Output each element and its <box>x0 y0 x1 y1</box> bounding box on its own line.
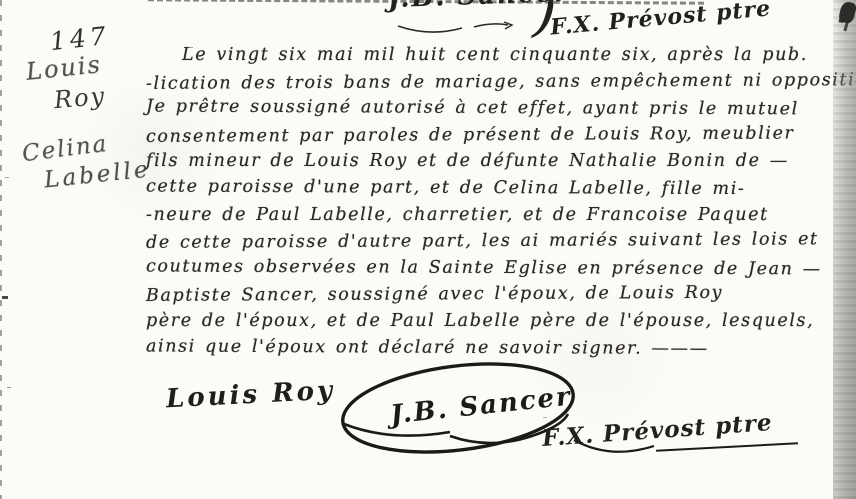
marriage-record-scan: J.B. Sancer ) F.X. Prévost ptre 147 Loui… <box>0 0 856 499</box>
paper-specks <box>2 296 8 299</box>
scan-edge-line <box>0 0 2 499</box>
margin-groom-name-line2: Roy <box>53 82 107 114</box>
body-line: -neure de Paul Labelle, charretier, et d… <box>146 202 852 229</box>
previous-priest-signature: F.X. Prévost ptre <box>549 0 772 41</box>
body-line: cette paroisse d'une part, et de Celina … <box>146 173 852 203</box>
body-line: Le vingt six mai mil huit cent cinquante… <box>146 42 852 69</box>
body-line: fils mineur de Louis Roy et de défunte N… <box>146 148 852 175</box>
body-line: Baptiste Sancer, soussigné avec l'époux,… <box>146 279 852 309</box>
entry-number: 147 <box>49 21 111 56</box>
body-line: Je prêtre soussigné autorisé à cet effet… <box>146 94 852 124</box>
body-line: père de l'époux, et de Paul Labelle père… <box>146 308 852 335</box>
margin-groom-name-line1: Louis <box>25 50 103 86</box>
signature-flourish-curve <box>396 10 541 38</box>
body-line: de cette paroisse d'autre part, les ai m… <box>146 226 852 256</box>
page-gutter-shadow <box>833 0 856 499</box>
body-line: coutumes observées en la Sainte Eglise e… <box>146 253 852 283</box>
record-body: Le vingt six mai mil huit cent cinquante… <box>146 42 852 361</box>
groom-signature: Louis Roy <box>165 376 335 415</box>
priest-signature-underline <box>656 442 798 451</box>
body-line: -lication des trois bans de mariage, san… <box>146 67 852 97</box>
body-line: consentement par paroles de présent de L… <box>146 120 852 150</box>
